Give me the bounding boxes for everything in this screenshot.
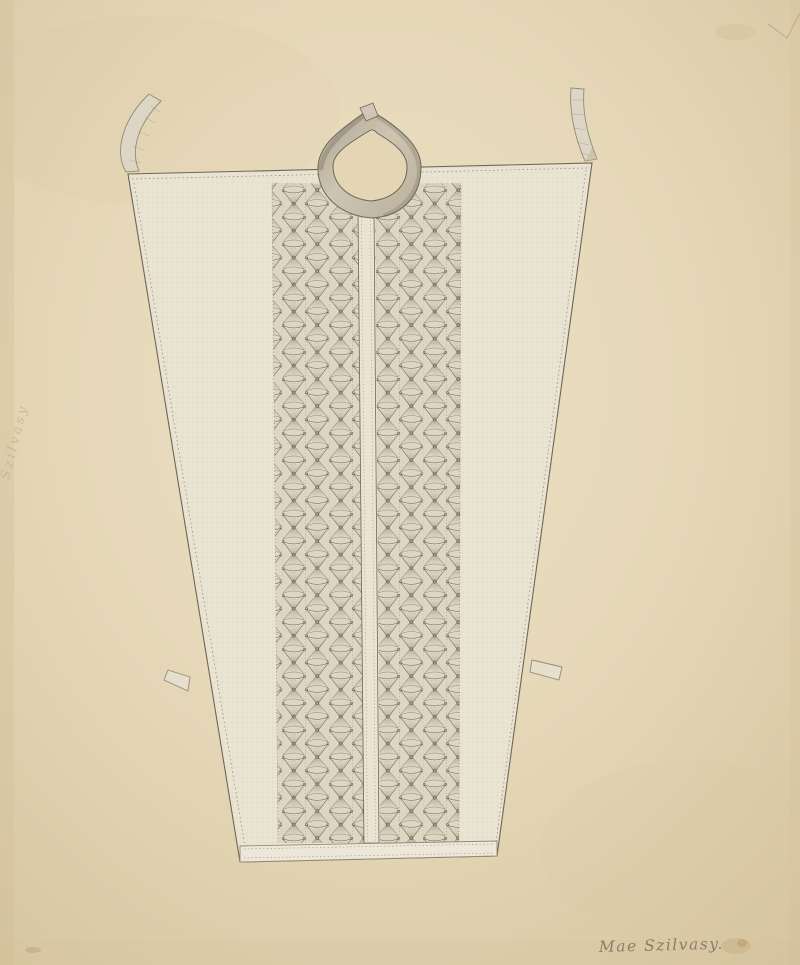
artist-signature: Mae Szilvasy. bbox=[598, 935, 724, 956]
paper-smudge-bottom-left bbox=[25, 947, 41, 953]
paper-stain-bottom-right bbox=[721, 938, 751, 954]
artwork-canvas: Szilvasy Mae Szilvasy. bbox=[0, 0, 800, 965]
smocked-panel-right bbox=[375, 183, 461, 843]
drawing-svg: Szilvasy Mae Szilvasy. bbox=[0, 0, 800, 965]
paper-stain-top-right bbox=[715, 24, 755, 40]
smocked-panel-left bbox=[272, 183, 367, 843]
